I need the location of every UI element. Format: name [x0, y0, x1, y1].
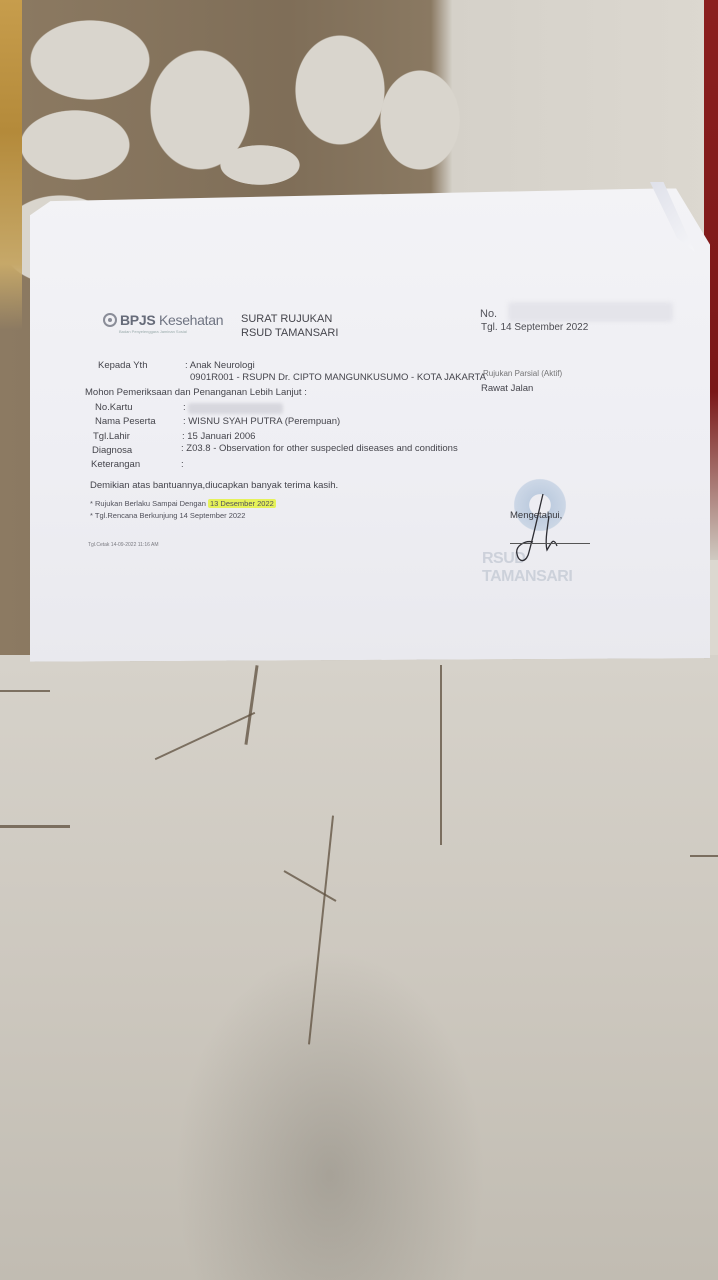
field-value-name: : WISNU SYAH PUTRA (Perempuan)	[183, 416, 340, 427]
print-timestamp: Tgl.Cetak 14-09-2022 11:16 AM	[88, 542, 159, 548]
recipient-hospital: 0901R001 - RSUPN Dr. CIPTO MANGUNKUSUMO …	[190, 372, 486, 383]
document-title: SURAT RUJUKAN	[241, 313, 332, 325]
number-label: No.	[480, 308, 497, 320]
signature-icon	[505, 490, 565, 570]
service-type: Rawat Jalan	[481, 383, 533, 394]
bpjs-logo: BPJS Kesehatan	[103, 313, 223, 327]
referral-status: Rujukan Parsial (Aktif)	[483, 369, 562, 378]
hospital-name: RSUD TAMANSARI	[241, 327, 338, 339]
field-label-notes: Keterangan	[91, 459, 140, 470]
field-label-diagnosis: Diagnosa	[92, 445, 132, 456]
field-value-card: :	[183, 402, 186, 413]
request-line: Mohon Pemeriksaan dan Penanganan Lebih L…	[85, 387, 307, 398]
document-date: Tgl. 14 September 2022	[481, 322, 588, 333]
validity-prefix: * Rujukan Berlaku Sampai Dengan	[90, 499, 206, 508]
signature-line	[510, 543, 590, 544]
logo-brand: BPJS	[120, 312, 155, 328]
field-value-notes: :	[181, 459, 184, 470]
closing-text: Demikian atas bantuannya,diucapkan banya…	[90, 480, 338, 491]
validity-date-highlighted: 13 Desember 2022	[208, 499, 276, 508]
field-label-name: Nama Peserta	[95, 416, 156, 427]
field-value-diagnosis: : Z03.8 - Observation for other suspecle…	[181, 443, 458, 454]
yellow-foam-edge	[0, 0, 22, 330]
gear-icon	[103, 313, 117, 327]
logo-brand-suffix: Kesehatan	[159, 312, 223, 328]
planned-visit: * Tgl.Rencana Berkunjung 14 September 20…	[90, 511, 245, 520]
logo-tagline: Badan Penyelenggara Jaminan Sosial	[119, 329, 187, 334]
validity-line: * Rujukan Berlaku Sampai Dengan 13 Desem…	[90, 499, 276, 508]
field-label-card: No.Kartu	[95, 402, 133, 413]
field-label-dob: Tgl.Lahir	[93, 431, 130, 442]
redacted-number	[508, 302, 673, 322]
recipient-label: Kepada Yth	[98, 360, 147, 371]
recipient-department: : Anak Neurologi	[185, 360, 255, 371]
redacted-card-number	[188, 403, 283, 414]
field-value-dob: : 15 Januari 2006	[182, 431, 255, 442]
leather-surface	[0, 655, 718, 1280]
